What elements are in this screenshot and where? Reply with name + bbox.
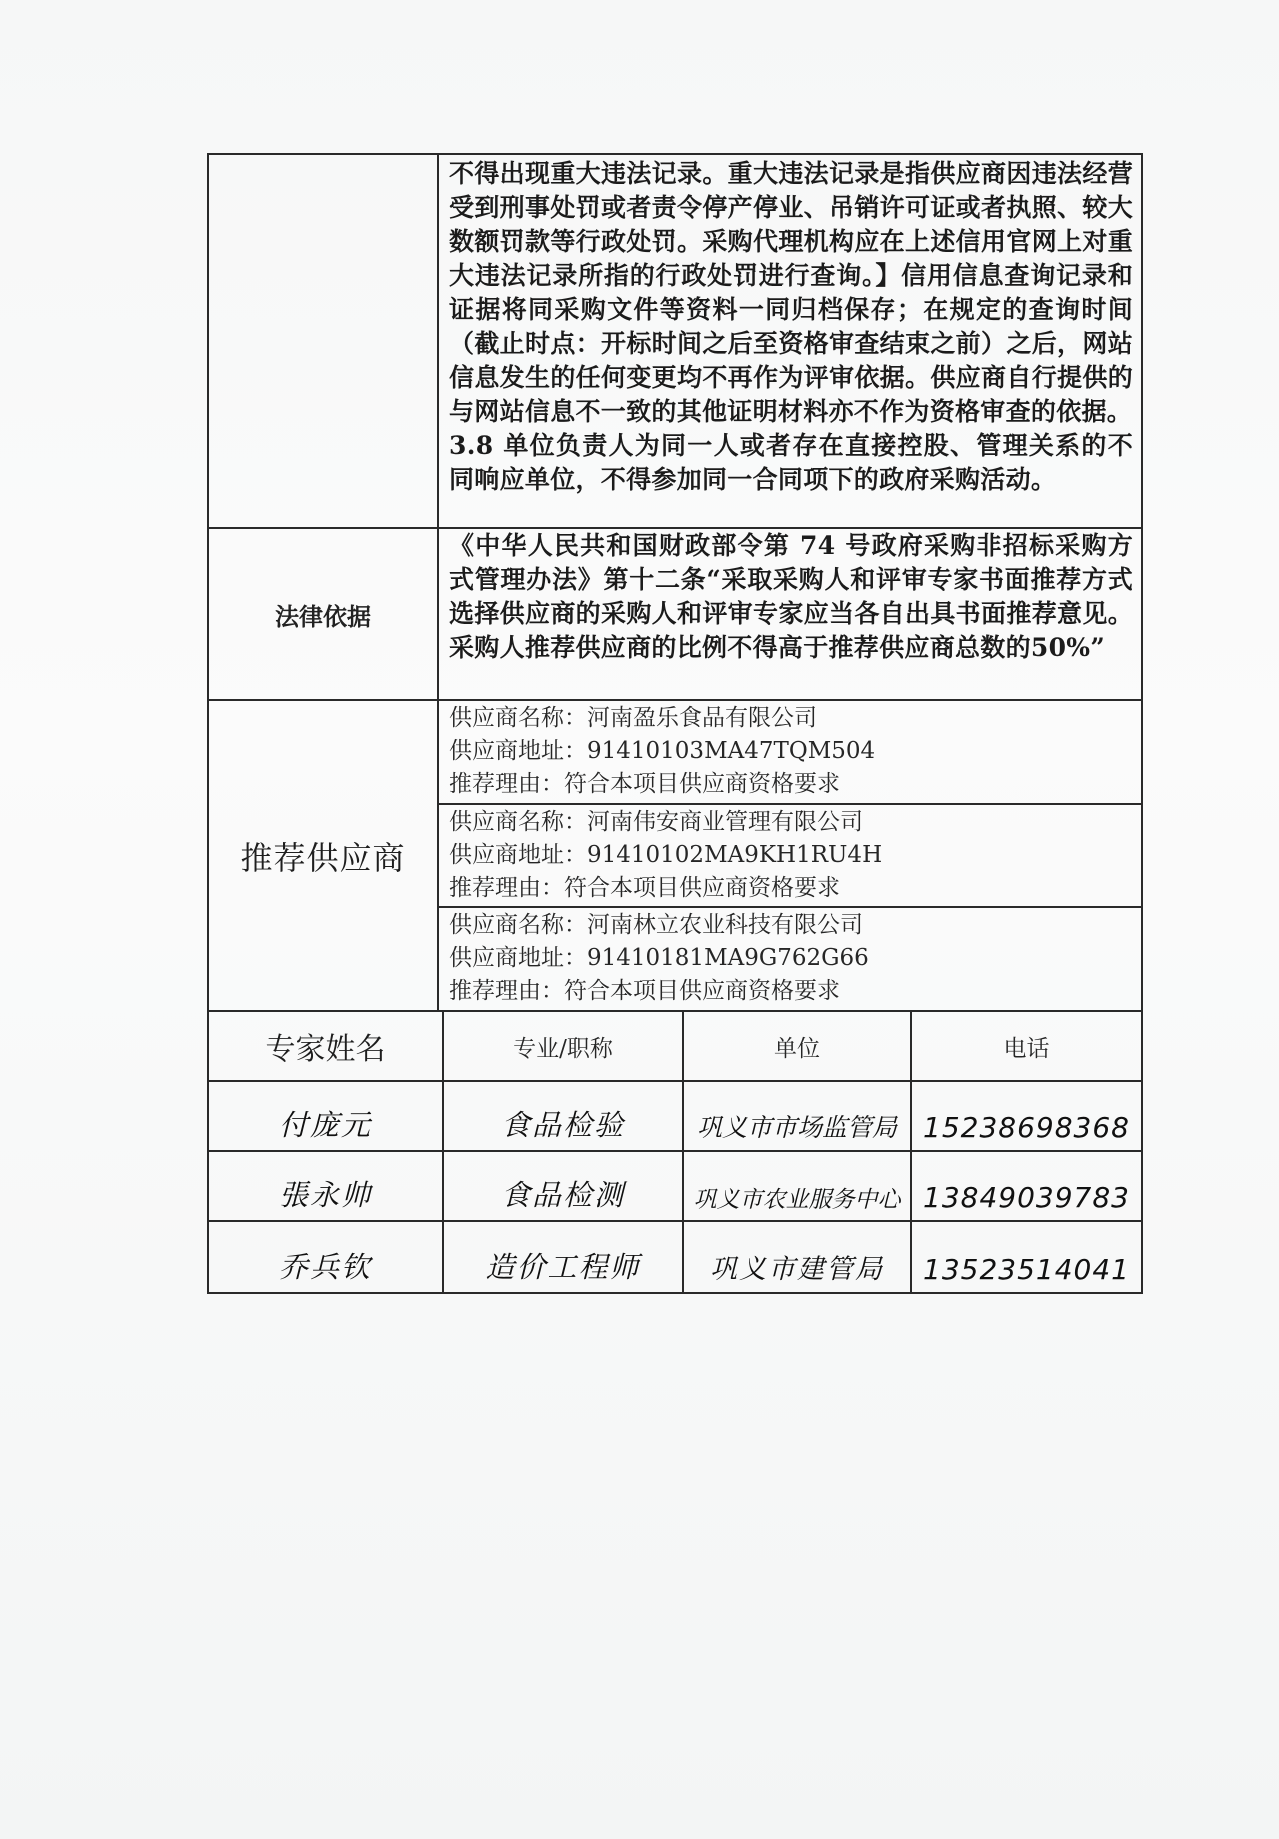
requirements-row: 不得出现重大违法记录。重大违法记录是指供应商因违法经营受到刑事处罚或者责令停产停…	[209, 155, 1141, 529]
expert-name-cell: 付庞元	[209, 1082, 444, 1150]
expert-row: 乔兵钦 造价工程师 巩义市建管局 13523514041	[209, 1222, 1141, 1292]
recommendation-table: 不得出现重大违法记录。重大违法记录是指供应商因违法经营受到刑事处罚或者责令停产停…	[207, 153, 1143, 1294]
supplier-name: 供应商名称：河南盈乐食品有限公司	[449, 702, 1133, 735]
header-unit-cell: 单位	[684, 1012, 912, 1080]
supplier-address: 供应商地址：91410102MA9KH1RU4H	[449, 839, 1133, 872]
expert-unit-cell: 巩义市建管局	[684, 1222, 912, 1292]
requirements-text: 不得出现重大违法记录。重大违法记录是指供应商因违法经营受到刑事处罚或者责令停产停…	[439, 155, 1141, 527]
expert-name-cell: 乔兵钦	[209, 1222, 444, 1292]
recommended-suppliers-row: 推荐供应商 供应商名称：河南盈乐食品有限公司 供应商地址：91410103MA4…	[209, 701, 1141, 1012]
header-title-cell: 专业/职称	[444, 1012, 684, 1080]
supplier-reason: 推荐理由：符合本项目供应商资格要求	[449, 768, 1133, 801]
supplier-address: 供应商地址：91410103MA47TQM504	[449, 735, 1133, 768]
header-expert-unit: 单位	[774, 1030, 820, 1063]
expert-title: 造价工程师	[485, 1245, 640, 1286]
expert-name: 乔兵钦	[279, 1245, 372, 1286]
supplier-reason: 推荐理由：符合本项目供应商资格要求	[449, 872, 1133, 905]
header-expert-name: 专家姓名	[266, 1024, 386, 1068]
experts-header-row: 专家姓名 专业/职称 单位 电话	[209, 1012, 1141, 1082]
expert-title-cell: 造价工程师	[444, 1222, 684, 1292]
header-phone-cell: 电话	[912, 1012, 1141, 1080]
legal-basis-text: 《中华人民共和国财政部令第 74 号政府采购非招标采购方式管理办法》第十二条“采…	[439, 529, 1141, 699]
scanned-page: 不得出现重大违法记录。重大违法记录是指供应商因违法经营受到刑事处罚或者责令停产停…	[0, 0, 1279, 1839]
expert-phone: 15238698368	[923, 1111, 1130, 1144]
expert-phone-cell: 13849039783	[912, 1152, 1141, 1220]
legal-basis-label: 法律依据	[275, 597, 371, 632]
expert-row: 付庞元 食品检验 巩义市市场监管局 15238698368	[209, 1082, 1141, 1152]
expert-phone-cell: 15238698368	[912, 1082, 1141, 1150]
legal-basis-row: 法律依据 《中华人民共和国财政部令第 74 号政府采购非招标采购方式管理办法》第…	[209, 529, 1141, 701]
expert-unit: 巩义市市场监管局	[697, 1108, 897, 1144]
expert-unit: 巩义市农业服务中心	[694, 1181, 901, 1214]
expert-name-cell: 張永帅	[209, 1152, 444, 1220]
expert-title: 食品检测	[501, 1173, 625, 1214]
supplier-entry: 供应商名称：河南盈乐食品有限公司 供应商地址：91410103MA47TQM50…	[439, 701, 1141, 805]
expert-row: 張永帅 食品检测 巩义市农业服务中心 13849039783	[209, 1152, 1141, 1222]
expert-phone: 13523514041	[923, 1253, 1130, 1286]
supplier-list: 供应商名称：河南盈乐食品有限公司 供应商地址：91410103MA47TQM50…	[439, 701, 1141, 1010]
legal-basis-label-cell: 法律依据	[209, 529, 439, 699]
supplier-entry: 供应商名称：河南伟安商业管理有限公司 供应商地址：91410102MA9KH1R…	[439, 805, 1141, 909]
expert-title-cell: 食品检验	[444, 1082, 684, 1150]
header-expert-phone: 电话	[1004, 1030, 1050, 1063]
supplier-address: 供应商地址：91410181MA9G762G66	[449, 942, 1133, 975]
suppliers-label: 推荐供应商	[240, 833, 405, 879]
expert-name: 付庞元	[279, 1103, 372, 1144]
expert-name: 張永帅	[279, 1173, 372, 1214]
header-expert-title: 专业/职称	[513, 1030, 613, 1063]
expert-unit-cell: 巩义市市场监管局	[684, 1082, 912, 1150]
suppliers-label-cell: 推荐供应商	[209, 701, 439, 1010]
expert-phone: 13849039783	[923, 1181, 1130, 1214]
header-name-cell: 专家姓名	[209, 1012, 444, 1080]
expert-unit-cell: 巩义市农业服务中心	[684, 1152, 912, 1220]
expert-phone-cell: 13523514041	[912, 1222, 1141, 1292]
expert-title: 食品检验	[501, 1103, 625, 1144]
supplier-name: 供应商名称：河南林立农业科技有限公司	[449, 909, 1133, 942]
supplier-reason: 推荐理由：符合本项目供应商资格要求	[449, 975, 1133, 1008]
supplier-name: 供应商名称：河南伟安商业管理有限公司	[449, 806, 1133, 839]
requirements-label-cell	[209, 155, 439, 527]
expert-unit: 巩义市建管局	[710, 1247, 884, 1286]
expert-title-cell: 食品检测	[444, 1152, 684, 1220]
supplier-entry: 供应商名称：河南林立农业科技有限公司 供应商地址：91410181MA9G762…	[439, 908, 1141, 1010]
